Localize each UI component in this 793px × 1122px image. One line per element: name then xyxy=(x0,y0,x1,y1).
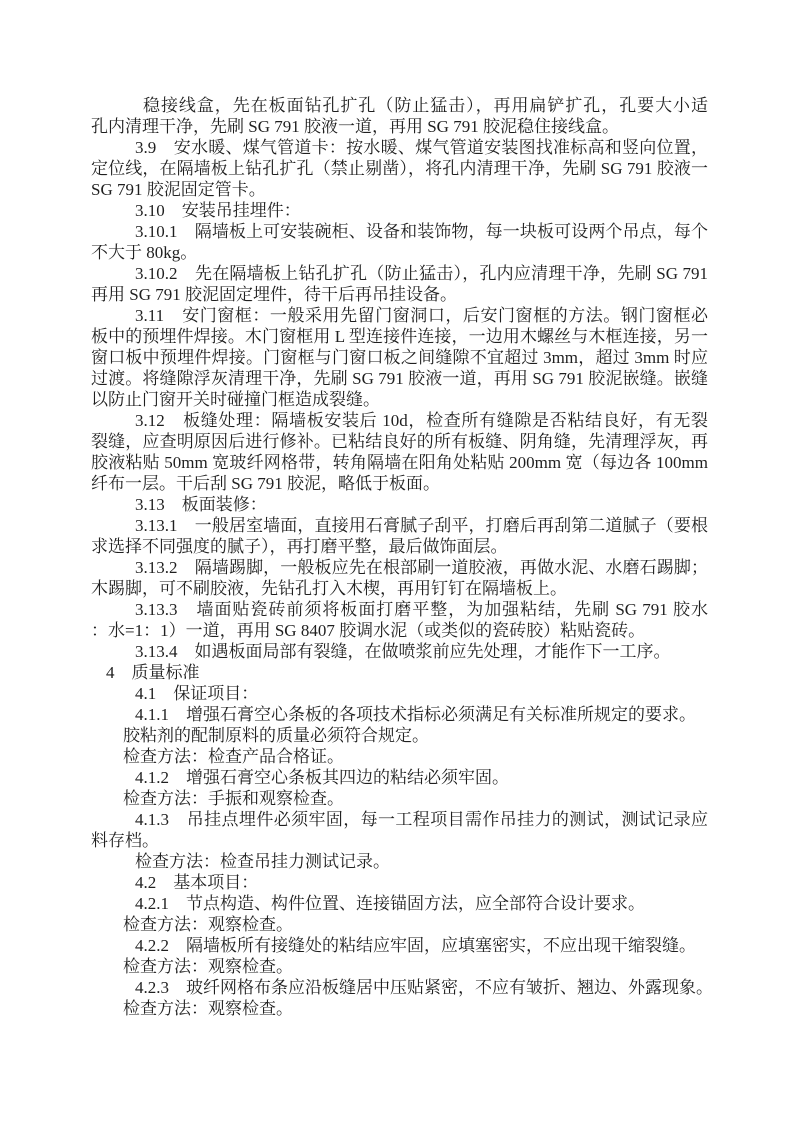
text-line: ：水=1：1）一道，再用 SG 8407 胶调水泥（或类似的瓷砖胶）粘贴瓷砖。 xyxy=(91,620,708,641)
text-line: 检查方法：观察检查。 xyxy=(91,998,708,1019)
text-line: 以防止门窗开关时碰撞门框造成裂缝。 xyxy=(91,389,708,410)
text-line: 定位线，在隔墙板上钻孔扩孔（禁止剔凿），将孔内清理干净，先刷 SG 791 胶液… xyxy=(91,158,708,179)
text-line: 胶液粘贴 50mm 宽玻纤网格带，转角隔墙在阳角处粘贴 200mm 宽（每边各 … xyxy=(91,452,708,473)
text-line: 检查方法：观察检查。 xyxy=(91,914,708,935)
text-line: 4.2 基本项目： xyxy=(91,872,708,893)
text-line: 4.2.3 玻纤网格布条应沿板缝居中压贴紧密，不应有皱折、翘边、外露现象。 xyxy=(91,977,708,998)
text-line: 3.11 安门窗框：一般采用先留门窗洞口，后安门窗框的方法。钢门窗框必须与门窗口 xyxy=(91,305,708,326)
text-line: 检查方法：观察检查。 xyxy=(91,956,708,977)
text-line: 木踢脚，可不刷胶液，先钻孔打入木楔，再用钉钉在隔墙板上。 xyxy=(91,578,708,599)
text-line: 裂缝，应查明原因后进行修补。已粘结良好的所有板缝、阴角缝，先清理浮灰，再刷 SG… xyxy=(91,431,708,452)
text-line: 稳接线盒，先在板面钻孔扩孔（防止猛击），再用扁铲扩孔，孔要大小适度，要方正。 xyxy=(91,95,708,116)
text-line: 检查方法：检查吊挂力测试记录。 xyxy=(91,851,708,872)
text-line: 胶粘剂的配制原料的质量必须符合规定。 xyxy=(91,725,708,746)
text-line: 4.2.2 隔墙板所有接缝处的粘结应牢固，应填塞密实，不应出现干缩裂缝。 xyxy=(91,935,708,956)
text-line: 3.9 安水暖、煤气管道卡：按水暖、煤气管道安装图找准标高和竖向位置，划出管卡 xyxy=(91,137,708,158)
text-line: 4 质量标准 xyxy=(91,662,708,683)
text-line: 3.13.1 一般居室墙面，直接用石膏腻子刮平，打磨后再刮第二道腻子（要根据饰面… xyxy=(91,515,708,536)
text-line: 检查方法：检查产品合格证。 xyxy=(91,746,708,767)
text-line: 3.13 板面装修： xyxy=(91,494,708,515)
text-line: 不大于 80kg。 xyxy=(91,242,708,263)
text-line: 4.1.3 吊挂点埋件必须牢固，每一工程项目需作吊挂力的测试，测试记录应作为技术… xyxy=(91,809,708,830)
text-line: 过渡。将缝隙浮灰清理干净，先刷 SG 791 胶液一道，再用 SG 791 胶泥… xyxy=(91,368,708,389)
text-line: 纤布一层。干后刮 SG 791 胶泥，略低于板面。 xyxy=(91,473,708,494)
text-line: 4.2.1 节点构造、构件位置、连接锚固方法，应全部符合设计要求。 xyxy=(91,893,708,914)
text-line: 3.13.3 墙面贴瓷砖前须将板面打磨平整，为加强粘结，先刷 SG 791 胶水… xyxy=(91,599,708,620)
text-line: 3.13.2 隔墙踢脚，一般板应先在根部刷一道胶液，再做水泥、水磨石踢脚；如做塑… xyxy=(91,557,708,578)
text-line: 3.10 安装吊挂埋件： xyxy=(91,200,708,221)
text-line: 3.10.2 先在隔墙板上钻孔扩孔（防止猛击），孔内应清理干净，先刷 SG 79… xyxy=(91,263,708,284)
text-line: 4.1.2 增强石膏空心条板其四边的粘结必须牢固。 xyxy=(91,767,708,788)
document-text: 稳接线盒，先在板面钻孔扩孔（防止猛击），再用扁铲扩孔，孔要大小适度，要方正。孔内… xyxy=(91,95,708,1019)
text-line: 再用 SG 791 胶泥固定埋件，待干后再吊挂设备。 xyxy=(91,284,708,305)
text-line: SG 791 胶泥固定管卡。 xyxy=(91,179,708,200)
text-line: 4.1 保证项目： xyxy=(91,683,708,704)
text-line: 窗口板中预埋件焊接。门窗框与门窗口板之间缝隙不宜超过 3mm，超过 3mm 时应… xyxy=(91,347,708,368)
text-line: 3.13.4 如遇板面局部有裂缝，在做喷浆前应先处理，才能作下一工序。 xyxy=(91,641,708,662)
text-line: 孔内清理干净，先刷 SG 791 胶液一道，再用 SG 791 胶泥稳住接线盒。 xyxy=(91,116,708,137)
text-line: 检查方法：手振和观察检查。 xyxy=(91,788,708,809)
text-line: 3.10.1 隔墙板上可安装碗柜、设备和装饰物，每一块板可设两个吊点，每个吊点吊… xyxy=(91,221,708,242)
text-line: 求选择不同强度的腻子），再打磨平整，最后做饰面层。 xyxy=(91,536,708,557)
text-line: 3.12 板缝处理：隔墙板安装后 10d，检查所有缝隙是否粘结良好，有无裂缝，如… xyxy=(91,410,708,431)
text-line: 4.1.1 增强石膏空心条板的各项技术指标必须满足有关标准所规定的要求。 xyxy=(91,704,708,725)
text-line: 料存档。 xyxy=(91,830,708,851)
document-page: 稳接线盒，先在板面钻孔扩孔（防止猛击），再用扁铲扩孔，孔要大小适度，要方正。孔内… xyxy=(0,0,793,1122)
text-line: 板中的预埋件焊接。木门窗框用 L 型连接件连接，一边用木螺丝与木框连接，另一端与… xyxy=(91,326,708,347)
